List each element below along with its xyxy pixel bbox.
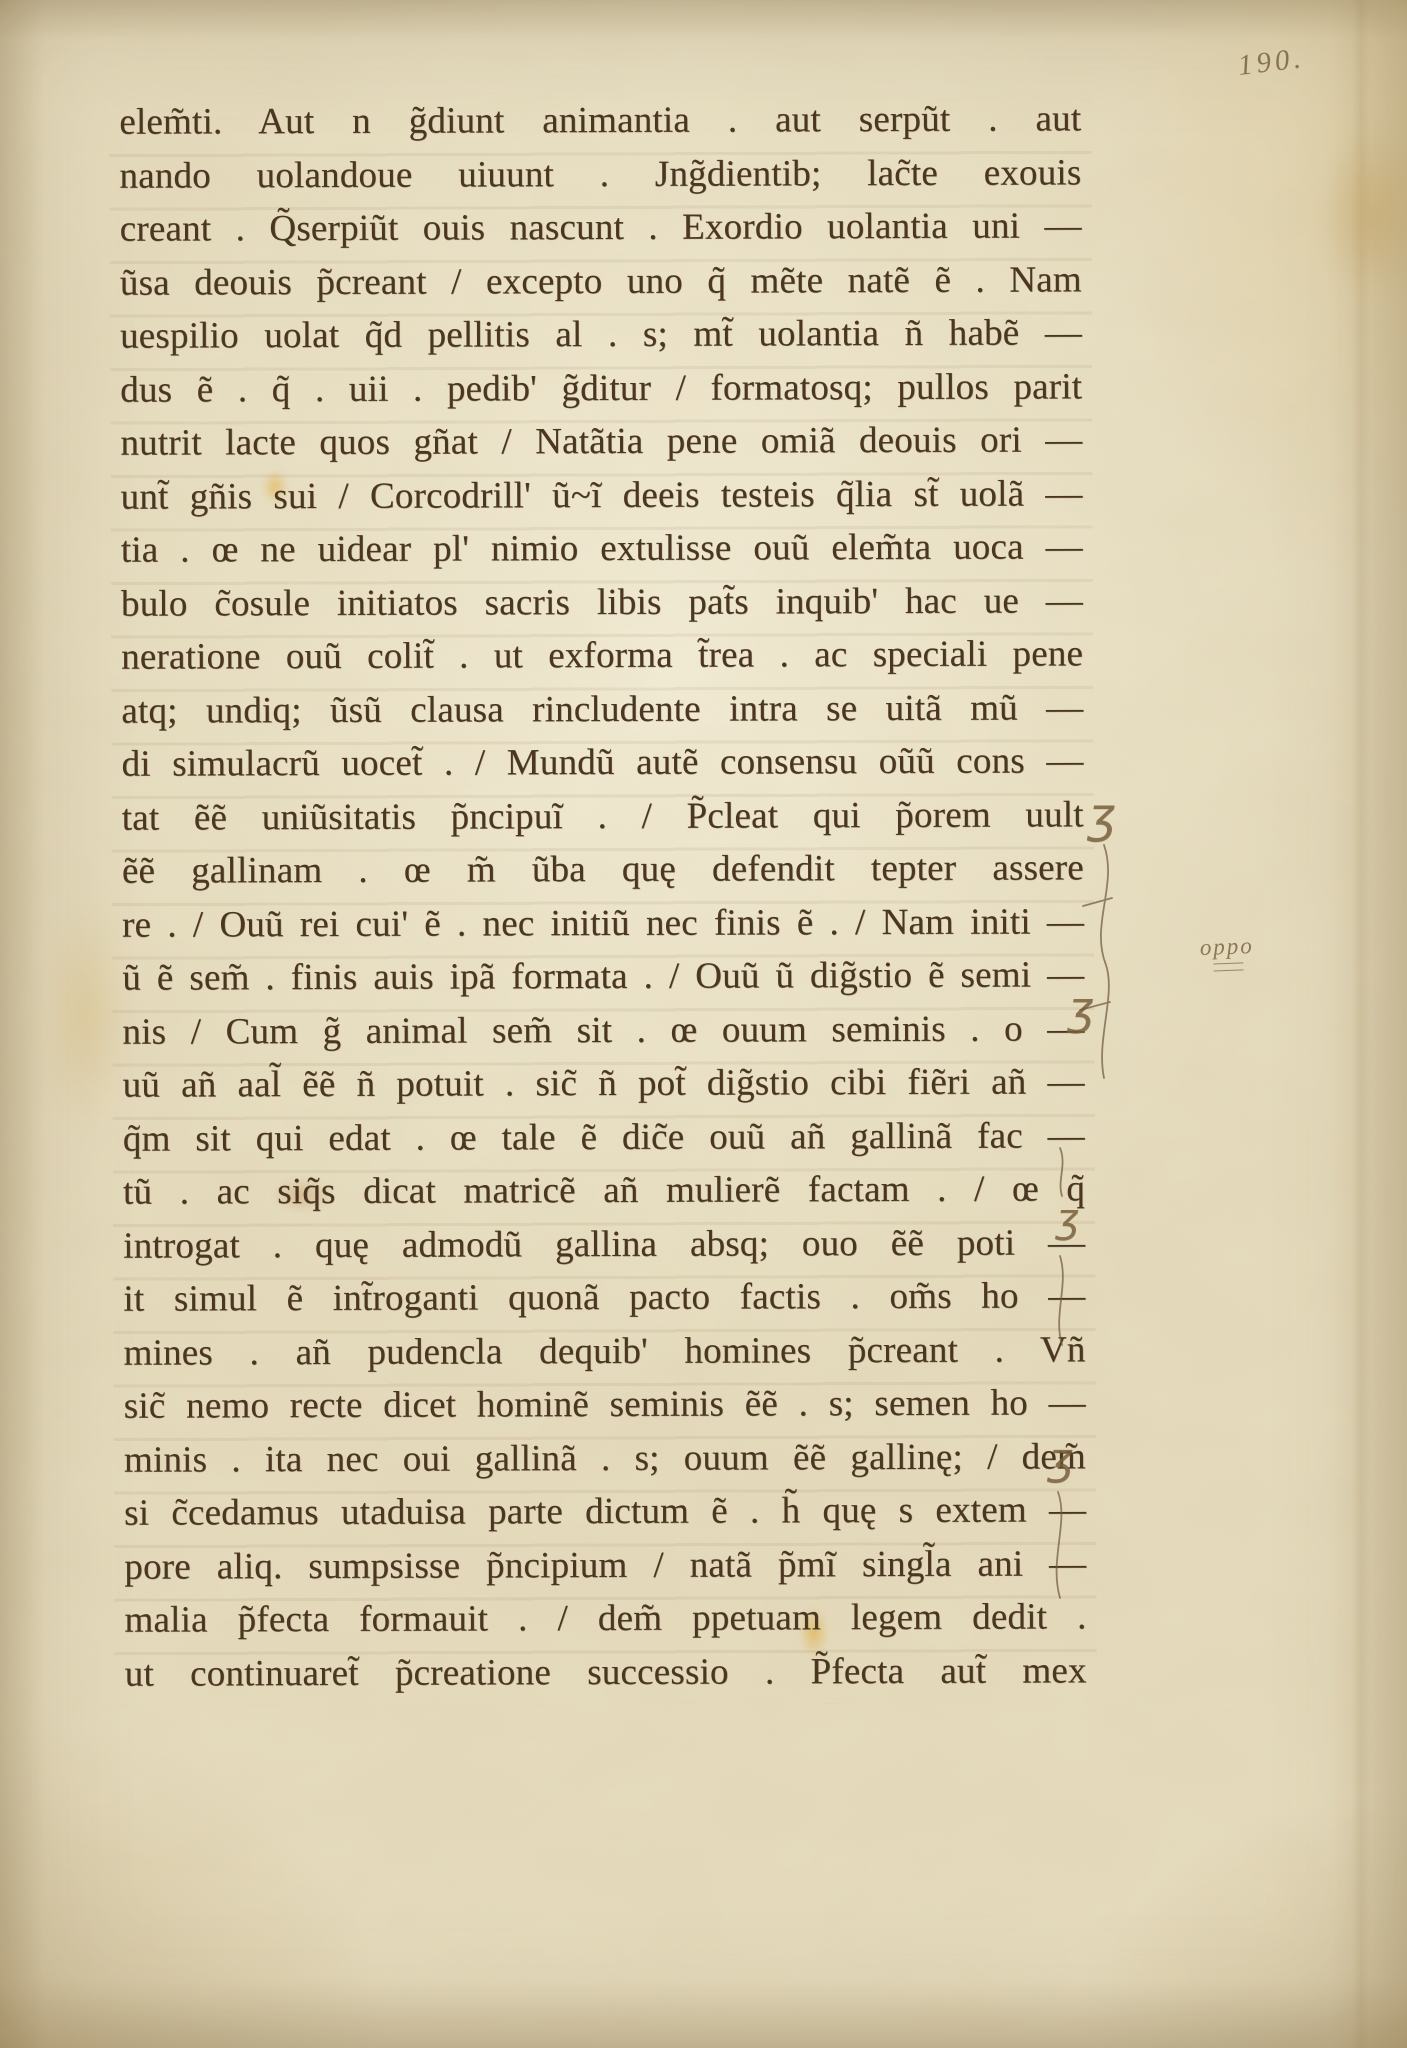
manuscript-line: mines . añ pudencla dequib' homines p̃cr… bbox=[123, 1323, 1085, 1380]
manuscript-line: nando uolandoue uiuunt . Jng̃dientib; la… bbox=[119, 146, 1081, 203]
folio-number: 190. bbox=[1236, 42, 1306, 83]
manuscript-line: sic̃ nemo recte dicet hominẽ seminis ẽẽ … bbox=[124, 1376, 1086, 1433]
manuscript-line: nis / Cum g̃ animal sem̃ sit . œ ouum se… bbox=[122, 1002, 1084, 1059]
margin-nota-mark: ʒ bbox=[1056, 1196, 1079, 1242]
manuscript-line: atq; undiq; ũsũ clausa rincludente intra… bbox=[121, 681, 1083, 738]
manuscript-line: creant . Q̃serpiũt ouis nascunt . Exordi… bbox=[120, 199, 1082, 256]
manuscript-line: ut continuaret̃ p̃creatione successio . … bbox=[125, 1644, 1087, 1701]
manuscript-line: ũsa deouis p̃creant / excepto uno q̃ mẽt… bbox=[120, 253, 1082, 310]
margin-nota-mark: ʒ bbox=[1068, 982, 1094, 1035]
manuscript-line: di simulacrũ uocet̃ . / Mundũ autẽ conse… bbox=[121, 734, 1083, 791]
manuscript-line: unt̃ gñis sui / Corcodrill' ũ~ĩ deeis te… bbox=[121, 467, 1083, 524]
manuscript-line: uespilio uolat q̃d pellitis al . s; mt̃ … bbox=[120, 306, 1082, 363]
manuscript-line: introgat . quę admodũ gallina absq; ouo … bbox=[123, 1216, 1085, 1273]
parchment-crease bbox=[1352, 0, 1370, 2048]
margin-note-oppo: oppo bbox=[1199, 933, 1254, 972]
manuscript-line: ũ ẽ sem̃ . finis auis ipã formata . / Ou… bbox=[122, 948, 1084, 1005]
manuscript-line: malia p̃fecta formauit . / dem̃ ppetuam … bbox=[124, 1590, 1086, 1647]
manuscript-line: dus ẽ . q̃ . uii . pedib' g̃ditur / form… bbox=[120, 360, 1082, 417]
manuscript-line: q̃m sit qui edat . œ tale ẽ dic̃e ouũ añ… bbox=[123, 1109, 1085, 1166]
stain bbox=[40, 900, 130, 1130]
manuscript-line: si c̃cedamus utaduisa parte dictum ẽ . h… bbox=[124, 1483, 1086, 1540]
margin-nota-mark: ʒ bbox=[1088, 788, 1116, 844]
manuscript-line: bulo c̃osule initiatos sacris libis pat̃… bbox=[121, 574, 1083, 631]
manuscript-line: tat ẽẽ uniũsitatis p̃ncipuĩ . / P̃cleat … bbox=[122, 788, 1084, 845]
manuscript-page: 190. elem̃ti. Aut n g̃diunt animantia . … bbox=[0, 0, 1407, 2048]
manuscript-line: nutrit lacte quos gñat / Natãtia pene om… bbox=[120, 413, 1082, 470]
margin-nota-mark: ʒ bbox=[1048, 1434, 1073, 1485]
manuscript-line: ẽẽ gallinam . œ m̃ ũba quę defendit tept… bbox=[122, 841, 1084, 898]
manuscript-line: uũ añ aal̃ ẽẽ ñ potuit . sic̃ ñ pot̃ dig… bbox=[123, 1055, 1085, 1112]
text-block: elem̃ti. Aut n g̃diunt animantia . aut s… bbox=[119, 92, 1087, 1705]
manuscript-line: pore aliq. sumpsisse p̃ncipium / natã p̃… bbox=[124, 1537, 1086, 1594]
manuscript-line: tũ . ac siq̃s dicat matricẽ añ mulierẽ f… bbox=[123, 1162, 1085, 1219]
manuscript-line: neratione ouũ colit̃ . ut exforma t̃rea … bbox=[121, 627, 1083, 684]
manuscript-line: minis . ita nec oui gallinã . s; ouum ẽẽ… bbox=[124, 1430, 1086, 1487]
manuscript-line: tia . œ ne uidear pl' nimio extulisse ou… bbox=[121, 520, 1083, 577]
manuscript-line: it simul ẽ int̃roganti quonã pacto facti… bbox=[123, 1269, 1085, 1326]
manuscript-line: re . / Ouũ rei cui' ẽ . nec initiũ nec f… bbox=[122, 895, 1084, 952]
manuscript-line: elem̃ti. Aut n g̃diunt animantia . aut s… bbox=[119, 92, 1081, 149]
